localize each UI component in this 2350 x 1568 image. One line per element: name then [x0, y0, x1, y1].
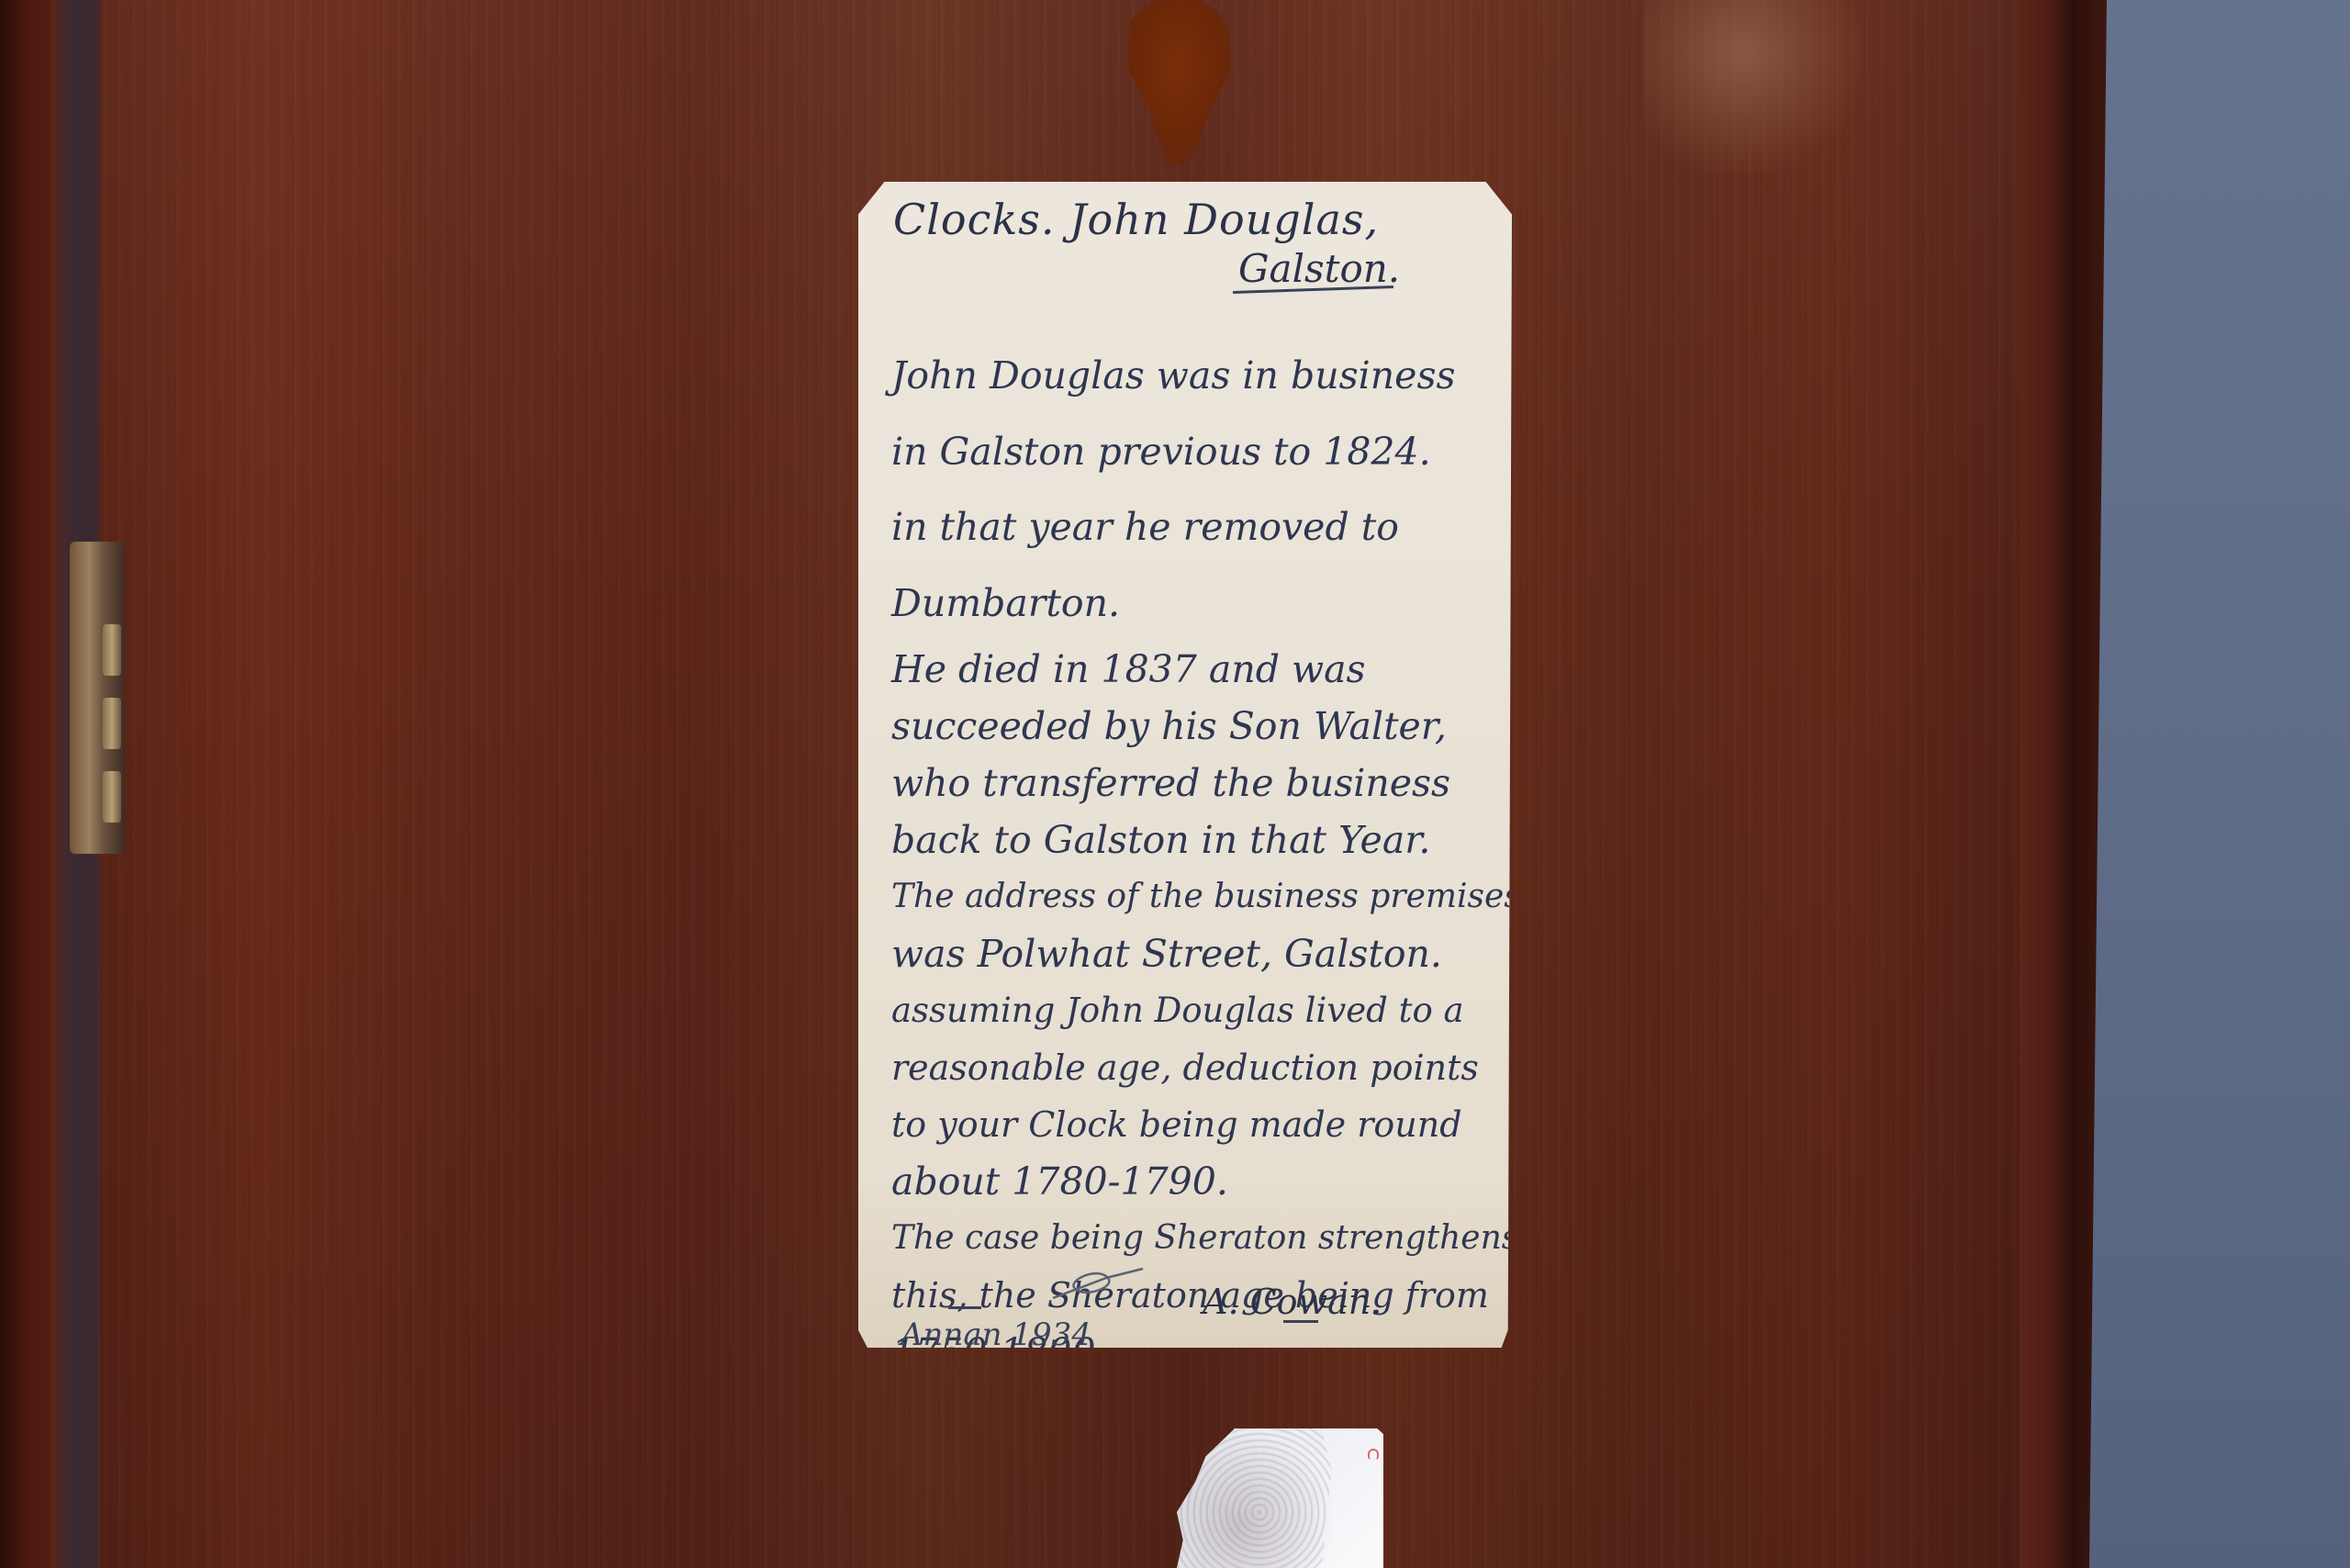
- note-line: in Galston previous to 1824.: [891, 414, 1497, 490]
- note-line: reasonable age, deduction points: [891, 1039, 1497, 1096]
- note-line: to your Clock being made round: [891, 1096, 1497, 1153]
- photo-scene: Clocks. John Douglas, Galston. John Doug…: [0, 0, 2350, 1568]
- note-line: in that year he removed to: [891, 489, 1497, 566]
- note-line: Dumbarton.: [891, 566, 1497, 642]
- hinge-knuckle: [103, 698, 121, 749]
- note-place: Galston.: [1238, 246, 1400, 291]
- note-line: this, the Sheraton age being from: [891, 1267, 1497, 1324]
- note-line: was Polwhat Street, Galston.: [891, 925, 1497, 982]
- signature: A. Cowan.: [1203, 1282, 1382, 1322]
- note-title: Clocks. John Douglas,: [893, 195, 1379, 244]
- note-line: succeeded by his Son Walter,: [891, 698, 1497, 755]
- hinge-knuckle: [103, 624, 121, 676]
- note-line: The case being Sheraton strengthens: [891, 1210, 1497, 1267]
- note-line: who transferred the business: [891, 755, 1497, 812]
- brass-hinge-icon: [70, 542, 125, 854]
- note-line: about 1780-1790.: [891, 1153, 1497, 1210]
- worn-finish-patch: [1643, 0, 1863, 174]
- handwritten-note: Clocks. John Douglas, Galston. John Doug…: [858, 182, 1512, 1348]
- signature-underline: [1283, 1320, 1318, 1323]
- note-line: The address of the business premises: [891, 868, 1497, 925]
- pen-flourish-icon: [1051, 1265, 1152, 1302]
- year-underline: [948, 1306, 981, 1309]
- note-lines: John Douglas was in business in Galston …: [891, 338, 1497, 1381]
- note-line: He died in 1837 and was: [891, 641, 1497, 698]
- note-line: assuming John Douglas lived to a: [891, 982, 1497, 1039]
- note-line: John Douglas was in business: [891, 338, 1497, 414]
- red-ink-mark-icon: [1368, 1449, 1379, 1460]
- note-body: Clocks. John Douglas, Galston. John Doug…: [858, 182, 1512, 1348]
- note-line: back to Galston in that Year.: [891, 812, 1497, 868]
- hinge-knuckle: [103, 771, 121, 823]
